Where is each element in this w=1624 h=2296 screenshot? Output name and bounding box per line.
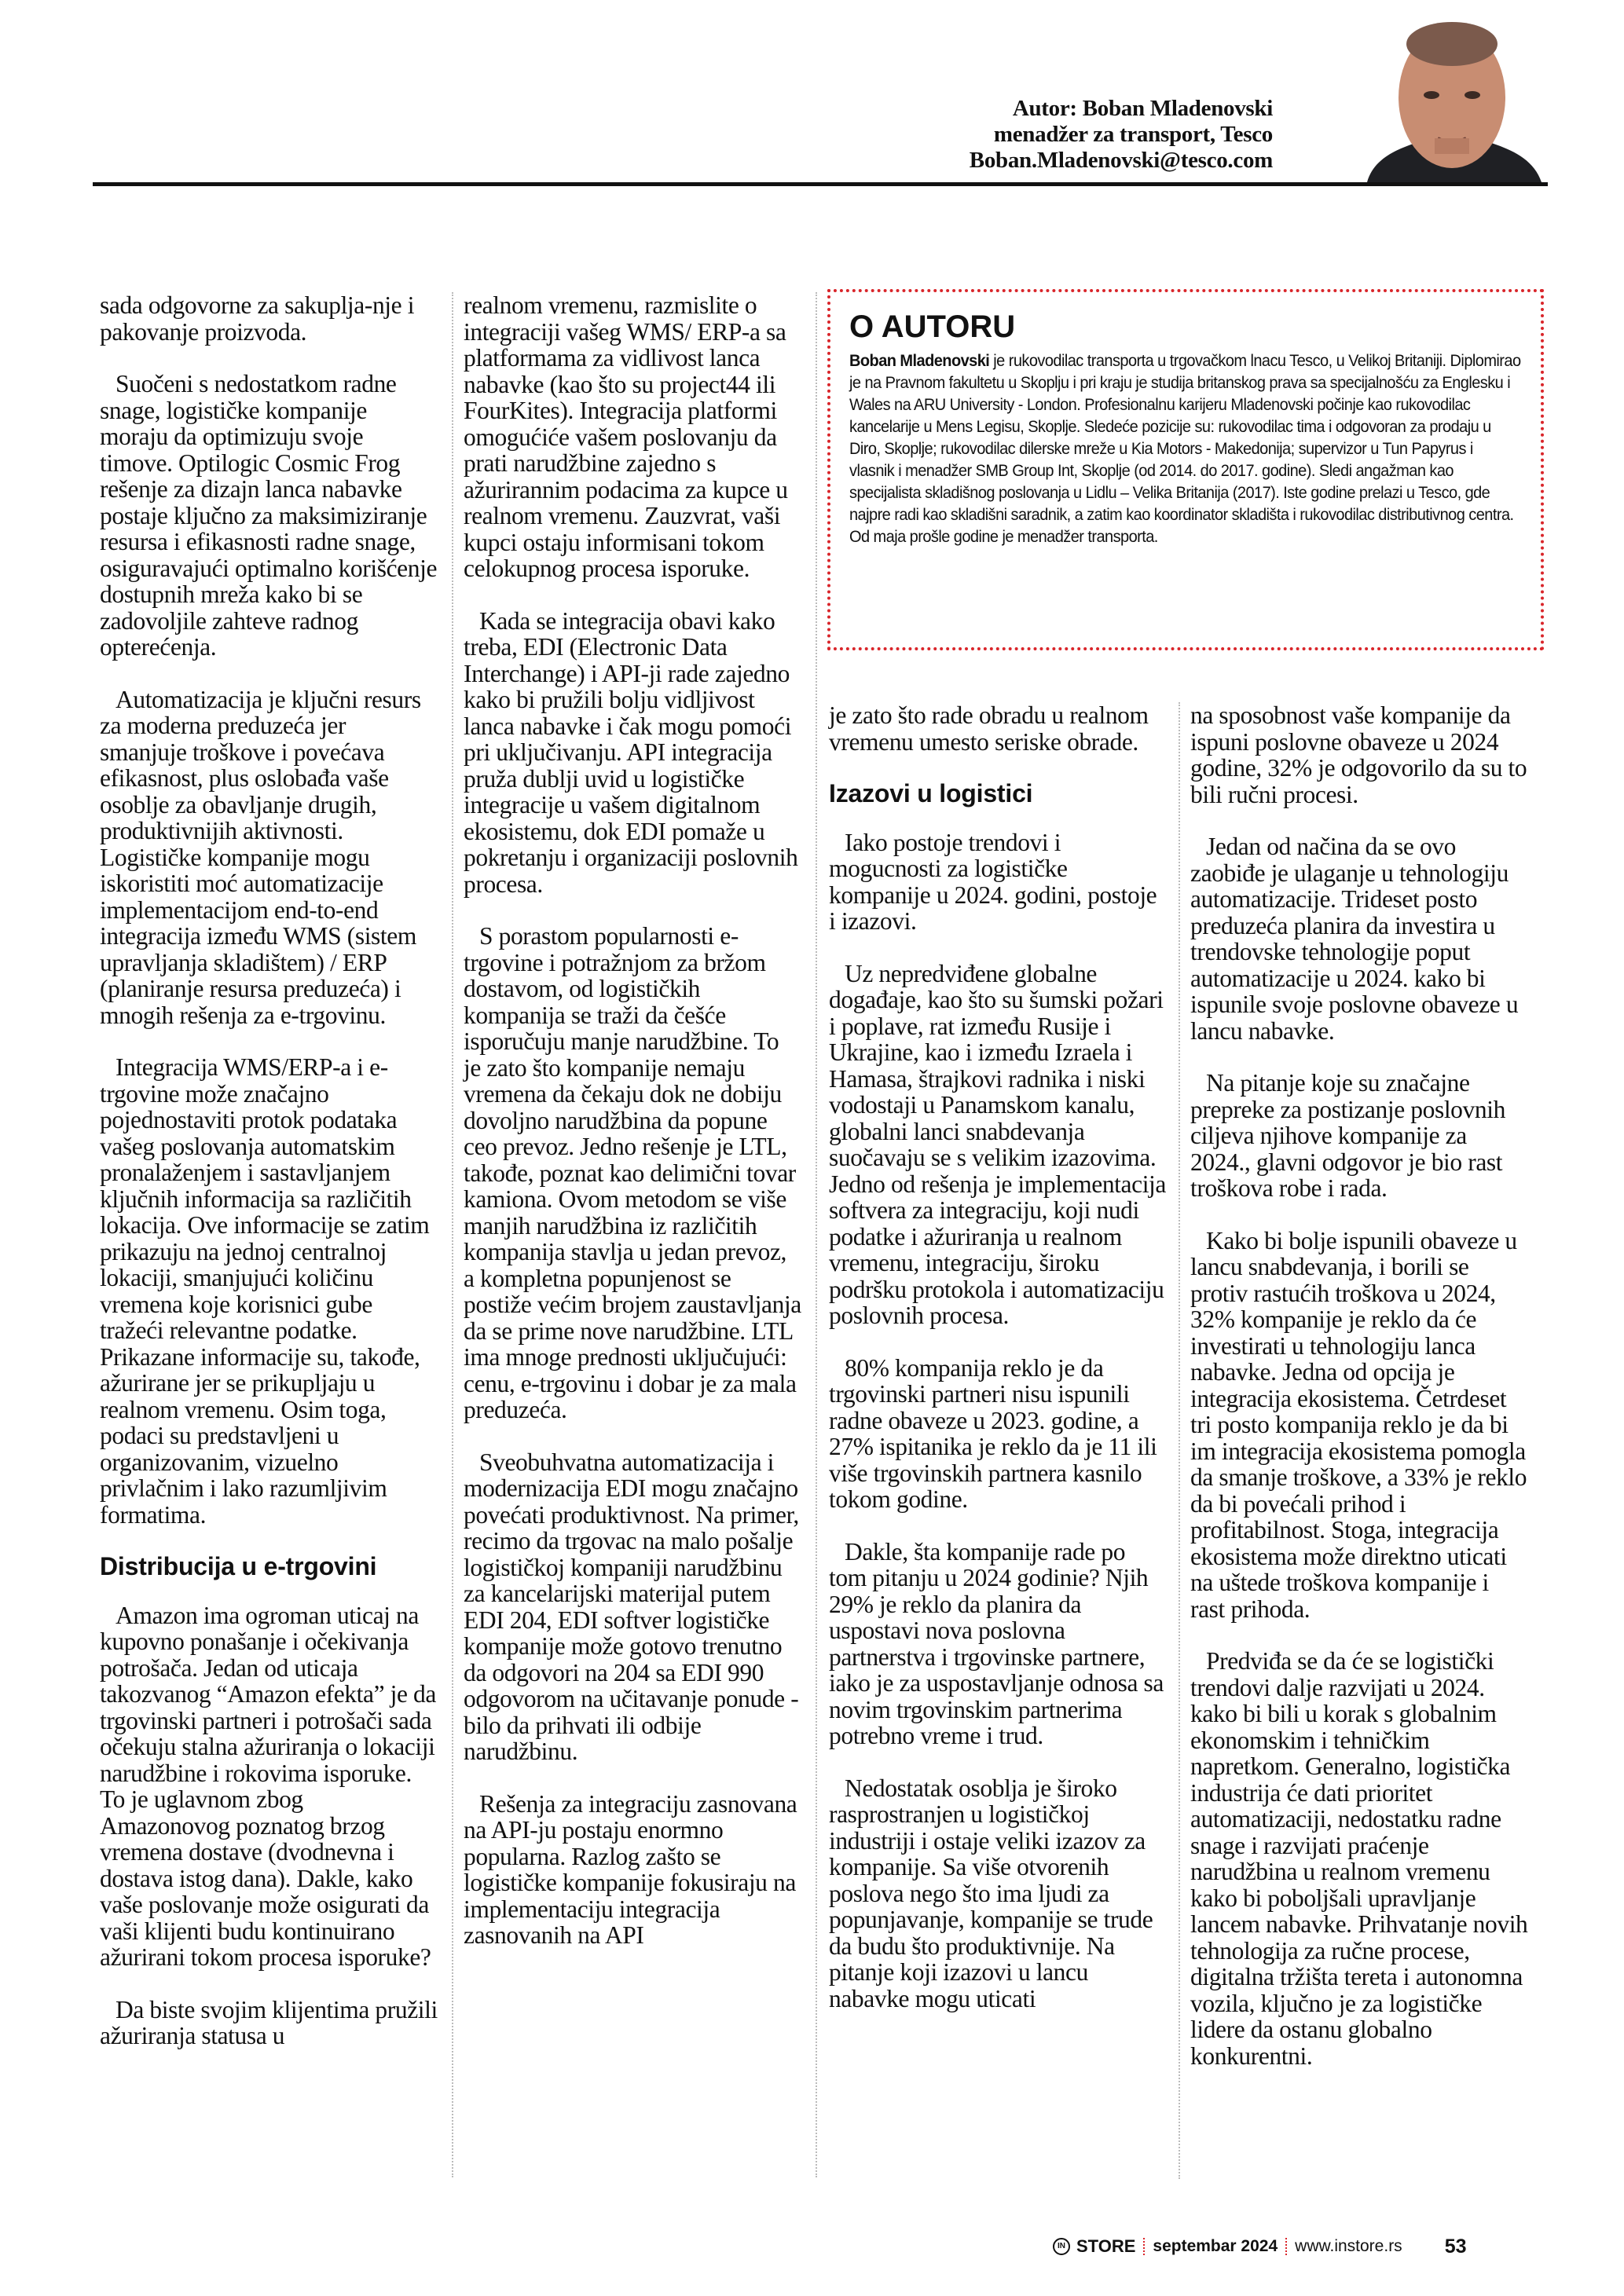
paragraph: je zato što rade obradu u realnom vremen… (829, 702, 1167, 755)
about-author-text: je rukovodilac transporta u trgovačkom l… (849, 351, 1521, 546)
column-2: realnom vremenu, razmislite o integracij… (464, 292, 801, 1975)
section-heading: Izazovi u logistici (829, 781, 1167, 807)
about-author-box: O AUTORU Boban Mladenovski je rukovodila… (827, 289, 1544, 650)
website-link[interactable]: www.instore.rs (1295, 2237, 1402, 2256)
paragraph: sada odgovorne za sakuplja-nje i pakovan… (100, 292, 438, 345)
section-heading: Distribucija u e-trgovini (100, 1554, 438, 1580)
footer-divider (1285, 2238, 1287, 2255)
paragraph: Kada se integracija obavi kako treba, ED… (464, 608, 801, 898)
paragraph: S porastom popularnosti e-trgovine i pot… (464, 923, 801, 1423)
column-divider (1179, 702, 1180, 2179)
paragraph: Suočeni s nedostatkom radne snage, logis… (100, 371, 438, 661)
page-footer: IN STORE septembar 2024 www.instore.rs 5… (1053, 2235, 1467, 2258)
issue-date: septembar 2024 (1153, 2237, 1278, 2256)
paragraph: Rešenja za integraciju zasnovana na API-… (464, 1791, 801, 1949)
about-author-name: Boban Mladenovski (849, 351, 989, 370)
paragraph: Iako postoje trendovi i mogucnosti za lo… (829, 829, 1167, 935)
footer-divider (1143, 2238, 1145, 2255)
column-divider (452, 292, 453, 2177)
column-4: na sposobnost vaše kompanije da ispuni p… (1190, 702, 1528, 2095)
paragraph: na sposobnost vaše kompanije da ispuni p… (1190, 702, 1528, 807)
paragraph: 80% kompanija reklo je da trgovinski par… (829, 1355, 1167, 1513)
paragraph: Automatizacija je ključni resurs za mode… (100, 687, 438, 1029)
paragraph: realnom vremenu, razmislite o integracij… (464, 292, 801, 582)
column-1: sada odgovorne za sakuplja-nje i pakovan… (100, 292, 438, 2075)
magazine-brand: STORE (1076, 2236, 1135, 2257)
column-divider (816, 292, 817, 2177)
byline: Autor: Boban Mladenovski menadžer za tra… (970, 96, 1273, 174)
paragraph: Nedostatak osoblja je široko rasprostran… (829, 1775, 1167, 2012)
header-divider (93, 182, 1548, 186)
author-role: menadžer za transport, Tesco (970, 122, 1273, 148)
instore-logo-icon: IN (1053, 2238, 1070, 2255)
article-header: Autor: Boban Mladenovski menadžer za tra… (0, 0, 1624, 189)
paragraph: Predviđa se da će se logistički trendovi… (1190, 1648, 1528, 2069)
paragraph: Dakle, šta kompanije rade po tom pitanju… (829, 1539, 1167, 1749)
author-name: Autor: Boban Mladenovski (970, 96, 1273, 122)
author-email[interactable]: Boban.Mladenovski@tesco.com (970, 148, 1273, 174)
paragraph: Na pitanje koje su značajne prepreke za … (1190, 1070, 1528, 1202)
page-number: 53 (1445, 2236, 1467, 2258)
about-author-bio: Boban Mladenovski je rukovodilac transpo… (849, 350, 1522, 547)
paragraph: Jedan od načina da se ovo zaobiđe je ula… (1190, 833, 1528, 1044)
paragraph: Kako bi bolje ispunili obaveze u lancu s… (1190, 1228, 1528, 1623)
about-author-title: O AUTORU (849, 309, 1522, 345)
author-portrait-icon (1359, 20, 1548, 182)
paragraph: Uz nepredviđene globalne događaje, kao š… (829, 961, 1167, 1329)
paragraph: Amazon ima ogroman uticaj na kupovno pon… (100, 1602, 438, 1971)
column-3: je zato što rade obradu u realnom vremen… (829, 702, 1167, 2038)
paragraph: Integracija WMS/ERP-a i e-trgovine može … (100, 1054, 438, 1528)
paragraph: Da biste svojim klijentima pružili ažuri… (100, 1997, 438, 2049)
author-photo (1359, 20, 1548, 182)
paragraph: Sveobuhvatna automatizacija i modernizac… (464, 1449, 801, 1765)
